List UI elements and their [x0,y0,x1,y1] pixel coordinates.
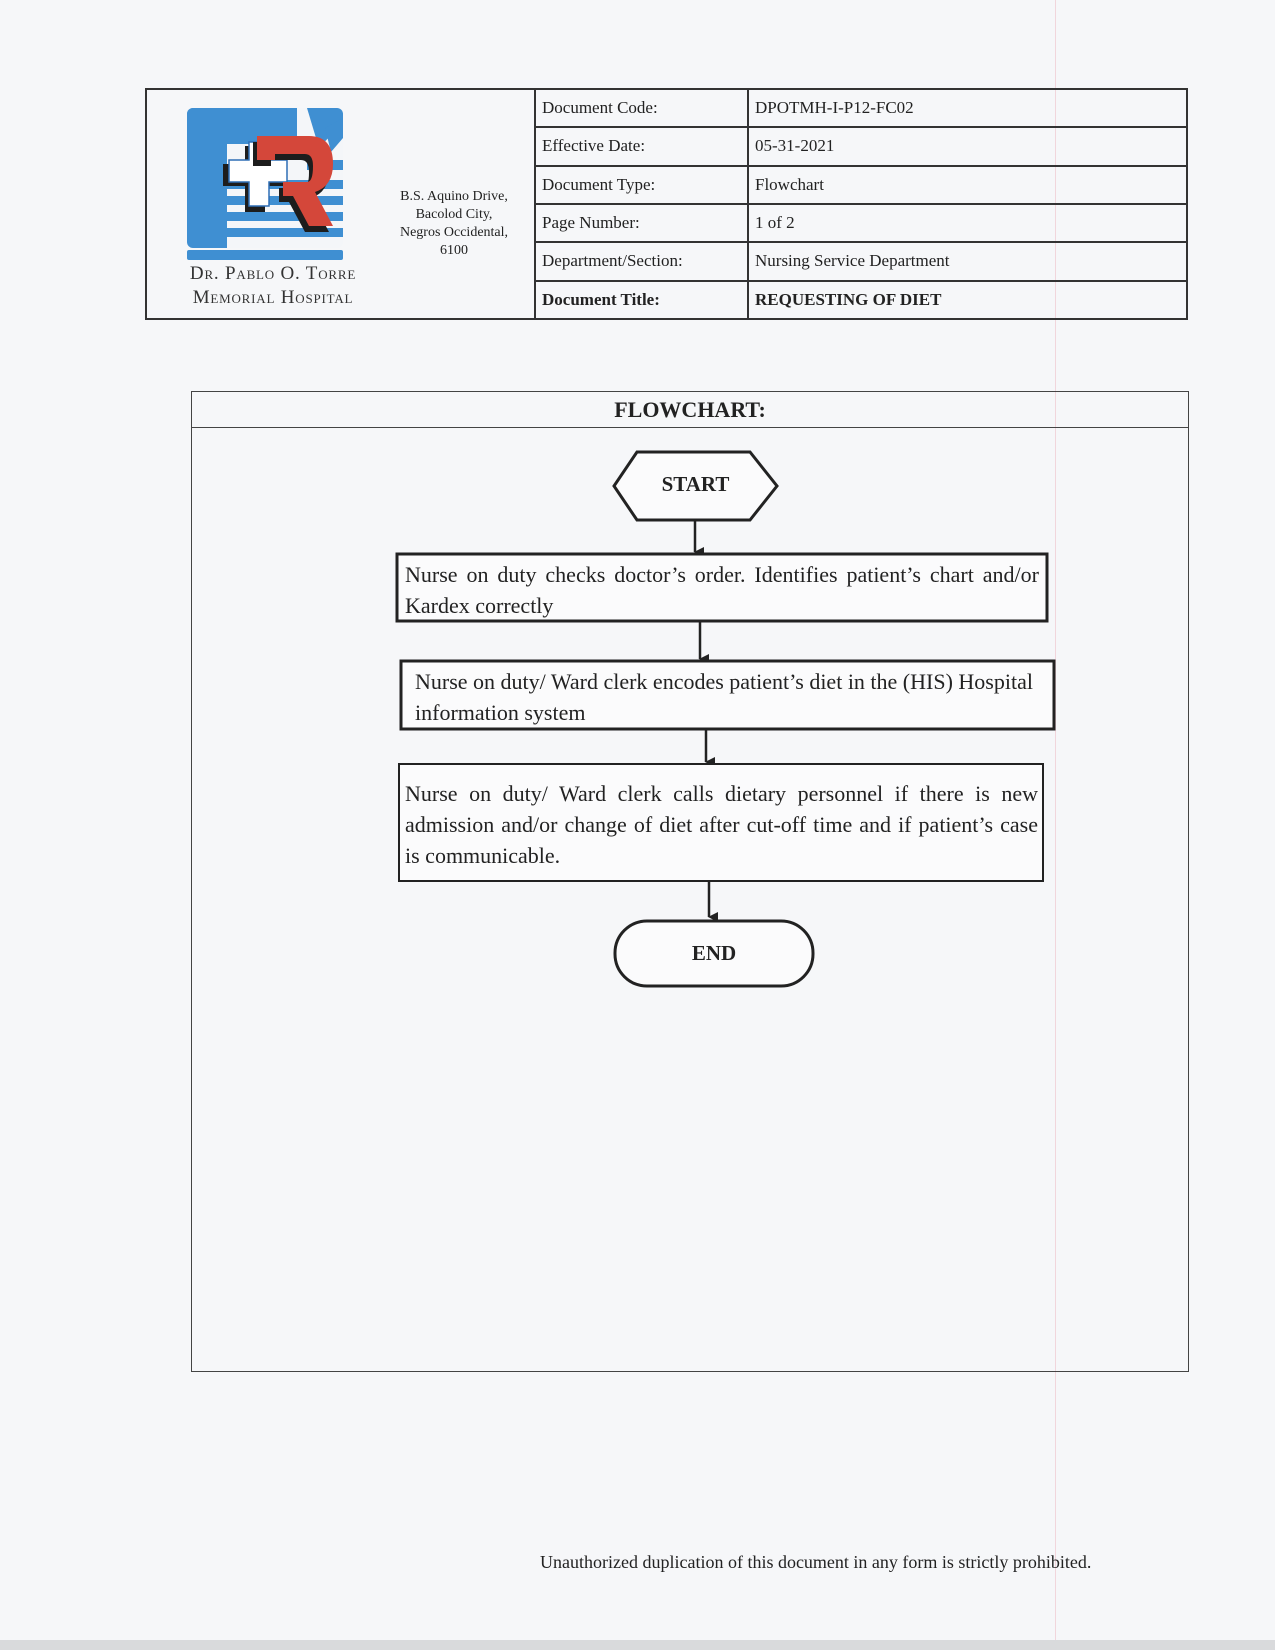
step-text-2: Nurse on duty/ Ward clerk encodes patien… [415,666,1047,728]
duplication-notice: Unauthorized duplication of this documen… [540,1552,1091,1573]
step-text-3: Nurse on duty/ Ward clerk calls dietary … [405,778,1038,871]
start-label: START [614,472,777,497]
step-text-1: Nurse on duty checks doctor’s order. Ide… [405,559,1039,621]
end-label: END [615,941,813,966]
